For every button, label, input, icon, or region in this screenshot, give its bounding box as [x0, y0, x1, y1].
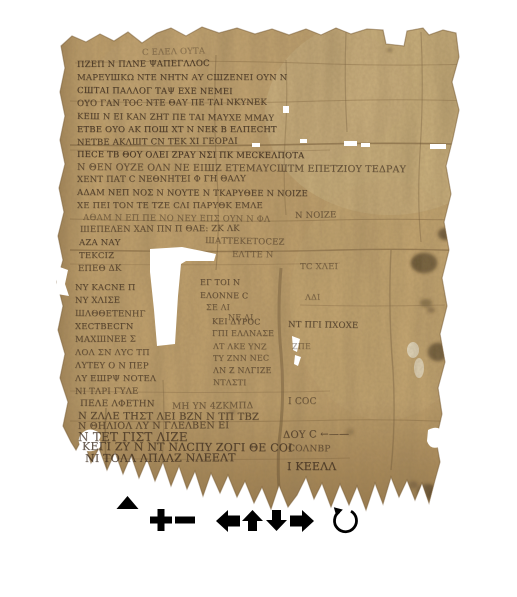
image-viewer: C ΕΛΕΛ ΟΥΤΑΠΖΕΠ Ν ΠΛΝΕ ΨΑΠΕΓΛΛΟCΜΑΡΕΥШΚΩ… [0, 0, 517, 597]
pan-up-button[interactable] [242, 510, 263, 531]
pan-right-button[interactable] [290, 510, 314, 532]
arrow-left-icon [216, 510, 240, 532]
papyrus-artwork [0, 0, 517, 597]
plus-icon [150, 509, 172, 531]
triangle-up-icon [116, 496, 139, 509]
scroll-up-button[interactable] [116, 496, 139, 509]
minus-icon [175, 516, 195, 524]
pan-left-button[interactable] [216, 510, 240, 532]
arrow-up-icon [242, 510, 263, 531]
arrow-right-icon [290, 510, 314, 532]
reset-view-button[interactable] [332, 506, 360, 534]
arrow-down-icon [266, 510, 287, 531]
zoom-in-button[interactable] [150, 509, 172, 531]
papyrus-image[interactable]: C ΕΛΕΛ ΟΥΤΑΠΖΕΠ Ν ΠΛΝΕ ΨΑΠΕΓΛΛΟCΜΑΡΕΥШΚΩ… [0, 0, 517, 597]
history-icon [332, 506, 360, 534]
zoom-out-button[interactable] [175, 516, 195, 524]
pan-down-button[interactable] [266, 510, 287, 531]
